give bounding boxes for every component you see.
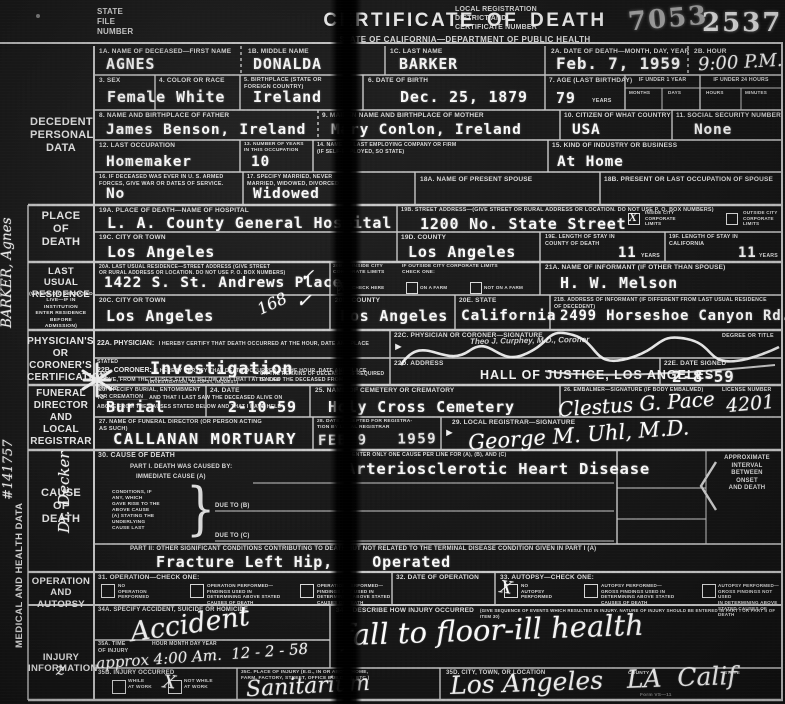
field-19c-value: Los Angeles	[107, 245, 215, 260]
check-here-label: CHECK HERE	[352, 285, 384, 291]
no-autopsy-check-mark: X	[499, 579, 513, 598]
form-revision-note: Form VS—11	[640, 693, 672, 699]
district-number-stamp: 7053	[627, 3, 709, 36]
field-9-value: Mary Conlon, Ireland	[331, 123, 522, 138]
not-while-at-work-mark: X	[162, 673, 177, 692]
on-a-farm-checkbox	[406, 282, 418, 294]
field-3-value: Female	[107, 90, 166, 105]
not-on-a-farm-label: NOT ON A FARM	[484, 285, 523, 291]
margin-z-mark: z	[56, 662, 65, 679]
while-at-work-label: WHILE AT WORK	[128, 679, 152, 691]
not-while-at-work-label: NOT WHILE AT WORK	[184, 679, 213, 691]
field-19f-label: 19F. LENGTH OF STAY IN CALIFORNIA	[669, 234, 738, 248]
field-2a-value: Feb. 7, 1959	[556, 56, 681, 72]
margin-decedent-name-note: BARKER, Agnes	[1, 183, 15, 328]
on-a-farm-label: ON A FARM	[420, 285, 447, 291]
due-to-c-label: DUE TO (C)	[215, 533, 250, 541]
field-24-value: 2-10-59	[228, 400, 297, 415]
field-20a-checkmark: ✓	[300, 268, 314, 285]
field-18a-label: 18A. NAME OF PRESENT SPOUSE	[420, 176, 532, 184]
field-12-label: 12. LAST OCCUPATION	[99, 142, 175, 150]
field-15-value: At Home	[557, 155, 624, 170]
field-21a-value: H. W. Melson	[560, 276, 678, 291]
field-7-unit: YEARS	[592, 98, 612, 105]
field-22a-label: 22A. PHYSICIAN:	[97, 340, 154, 347]
field-7-under24h-label: IF UNDER 24 HOURS	[700, 77, 782, 84]
field-7-hours-label: HOURS	[706, 90, 724, 96]
field-6-value: Dec. 25, 1879	[400, 90, 528, 105]
field-6-label: 6. DATE OF BIRTH	[368, 77, 428, 85]
outside-city-checkbox-label: OUTSIDE CITY CORPORATE LIMITS	[743, 210, 778, 227]
immediate-cause-value: Arteriosclerotic Heart Disease	[346, 462, 650, 478]
hand-drawn-star-mark	[80, 362, 114, 398]
autopsy-findings-used-label: AUTOPSY PERFORMED— GROSS FINDINGS USED I…	[601, 583, 674, 606]
certificate-number: 2537	[702, 10, 782, 36]
field-19f-value: 11	[738, 246, 756, 260]
field-19e-unit: YEARS	[641, 253, 660, 260]
field-20e-label: 20E. STATE	[459, 297, 497, 305]
sidebar-place-of-death: PLACE OF DEATH	[30, 210, 92, 250]
field-7-label: 7. AGE (LAST BIRTHDAY)	[549, 77, 632, 85]
sidebar-residence-note: (WHERE DID DECEASED LIVE—IF IN INSTITUTI…	[29, 292, 93, 330]
state-file-number-label: STATE FILE NUMBER	[97, 7, 133, 37]
conditions-brace: }	[186, 479, 215, 537]
part2-value: Fracture Left Hip, Operated	[156, 555, 451, 570]
outside-limits-label: IF OUTSIDE CITY CORPORATE LIMITS CHECK O…	[402, 264, 498, 276]
death-certificate-document: STATE FILE NUMBER CERTIFICATE OF DEATH S…	[0, 0, 785, 704]
field-18b-label: 18B. PRESENT OR LAST OCCUPATION OF SPOUS…	[604, 176, 779, 184]
inside-city-checkbox-mark: X	[629, 212, 637, 223]
field-7-value: 79	[556, 91, 576, 106]
field-19e-label: 19E. LENGTH OF STAY IN COUNTY OF DEATH	[545, 234, 615, 248]
field-3-label: 3. SEX	[99, 77, 120, 85]
not-on-a-farm-checkbox	[470, 282, 482, 294]
sidebar-operation-autopsy: OPERATION AND AUTOPSY	[28, 576, 94, 610]
margin-medical-health-data: MEDICAL AND HEALTH DATA	[14, 452, 25, 648]
field-19d-value: Los Angeles	[408, 245, 516, 260]
page-subtitle: STATE OF CALIFORNIA—DEPARTMENT OF PUBLIC…	[297, 35, 633, 44]
field-20d-label: 20D. COUNTY	[335, 297, 380, 305]
field-28-label: 28. DATE ACCEPTED FOR REGISTRA- TION BY …	[317, 419, 412, 431]
field-21a-label: 21A. NAME OF INFORMANT (IF OTHER THAN SP…	[545, 264, 726, 272]
field-9-label: 9. MAIDEN NAME AND BIRTHPLACE OF MOTHER	[322, 112, 552, 120]
part1-label: PART I. DEATH WAS CAUSED BY:	[130, 464, 232, 472]
field-1a-value: AGNES	[106, 57, 155, 72]
field-7-days-label: DAYS	[668, 90, 681, 96]
field-10-value: USA	[572, 123, 601, 138]
no-autopsy-label: NO AUTOPSY PERFORMED	[521, 583, 552, 600]
field-7-months-label: MONTHS	[629, 90, 650, 96]
field-25-label: 25. NAME OF CEMETERY OR CREMATORY	[315, 387, 555, 395]
field-20c-label: 20C. CITY OR TOWN	[99, 297, 166, 305]
no-operation-label: NO OPERATION PERFORMED	[118, 583, 149, 600]
inside-city-checkbox-label: INSIDE CITY CORPORATE LIMITS	[645, 210, 676, 227]
field-1c-value: BARKER	[399, 57, 458, 72]
field-4-value: White	[176, 90, 225, 105]
field-19f-unit: YEARS	[759, 253, 778, 260]
field-30-label: 30. CAUSE OF DEATH	[98, 452, 175, 461]
field-32-label: 32. DATE OF OPERATION	[396, 574, 479, 582]
field-11-label: 11. SOCIAL SECURITY NUMBER	[676, 112, 781, 120]
operation-findings-not-used-checkbox	[300, 584, 314, 598]
field-7-under1yr-label: IF UNDER 1 YEAR	[625, 77, 700, 84]
field-13-value: 10	[251, 155, 270, 170]
registration-date-stamp: FEB 9 1959	[318, 432, 437, 448]
field-25-value: Holy Cross Cemetery	[328, 400, 515, 415]
registrar-pointer-arrow-icon: ►	[444, 427, 455, 439]
field-19e-value: 11	[618, 246, 636, 260]
coroner-signature-scrawl	[395, 321, 783, 379]
field-20c-value: Los Angeles	[106, 309, 214, 324]
field-19a-value: L. A. County General Hospital	[107, 216, 392, 231]
field-19b-label: 19B. STREET ADDRESS—(GIVE STREET OR RURA…	[401, 207, 781, 214]
field-14-label: 14. NAME OF LAST EMPLOYING COMPANY OR FI…	[317, 142, 542, 155]
embalmer-license-number: 4201	[725, 393, 775, 416]
field-4-label: 4. COLOR OR RACE	[159, 77, 225, 85]
operation-findings-used-checkbox	[190, 584, 204, 598]
field-19b-value: 1200 No. State Street	[420, 217, 626, 232]
field-13-label: 13. NUMBER OF YEARS IN THIS OCCUPATION	[244, 142, 304, 154]
operation-findings-not-used-label: OPERATION PERFORMED— FINDINGS NOT USED I…	[317, 583, 391, 606]
outside-city-checkbox	[726, 213, 738, 225]
inside-limits-check-mark: X	[338, 281, 347, 293]
field-2b-value: 9:00 P.M.	[698, 52, 783, 74]
due-to-b-label: DUE TO (B)	[215, 503, 250, 511]
field-19d-label: 19D. COUNTY	[401, 234, 446, 242]
field-1b-value: DONALDA	[253, 57, 322, 72]
field-11-value: None	[694, 123, 732, 138]
autopsy-findings-used-checkbox	[584, 584, 598, 598]
field-31-label: 31. OPERATION—CHECK ONE:	[98, 574, 199, 582]
sidebar-decedent-personal-data: DECEDENT PERSONAL DATA	[30, 116, 92, 156]
field-15-label: 15. KIND OF INDUSTRY OR BUSINESS	[552, 142, 677, 150]
field-23-value: Burial	[106, 400, 165, 415]
autopsy-findings-not-used-checkbox	[702, 584, 716, 598]
field-24-label: 24. DATE	[210, 387, 240, 395]
field-8-value: James Benson, Ireland	[106, 123, 306, 138]
page-title: CERTIFICATE OF DEATH	[297, 10, 633, 32]
margin-doctor-note: Dr. Decker	[57, 415, 72, 533]
no-operation-checkbox	[101, 584, 115, 598]
field-8-label: 8. NAME AND BIRTHPLACE OF FATHER	[99, 112, 229, 120]
field-17-value: Widowed	[253, 187, 320, 202]
conditions-note: CONDITIONS, IF ANY, WHICH GAVE RISE TO T…	[112, 490, 192, 532]
field-5-value: Ireland	[253, 90, 322, 105]
field-10-label: 10. CITIZEN OF WHAT COUNTRY	[564, 112, 671, 120]
field-19c-label: 19C. CITY OR TOWN	[99, 234, 166, 242]
while-at-work-checkbox	[112, 680, 126, 694]
field-22b-value: Investigation	[150, 361, 293, 378]
field-22b-note: (INVESTIGATION, AUTOPSY, INQUEST)	[148, 379, 238, 385]
approximate-interval-label: APPROXIMATE INTERVAL BETWEEN ONSET AND D…	[716, 455, 778, 493]
field-33-label: 33. AUTOPSY—CHECK ONE:	[500, 574, 594, 582]
field-12-value: Homemaker	[106, 155, 192, 170]
field-20c-checkmark: ✓	[296, 292, 312, 311]
photo-artifact-dot	[36, 14, 40, 18]
field-27-value: CALLANAN MORTUARY	[113, 432, 297, 448]
field-16-value: No	[106, 187, 125, 202]
field-7-minutes-label: MINUTES	[745, 90, 767, 96]
